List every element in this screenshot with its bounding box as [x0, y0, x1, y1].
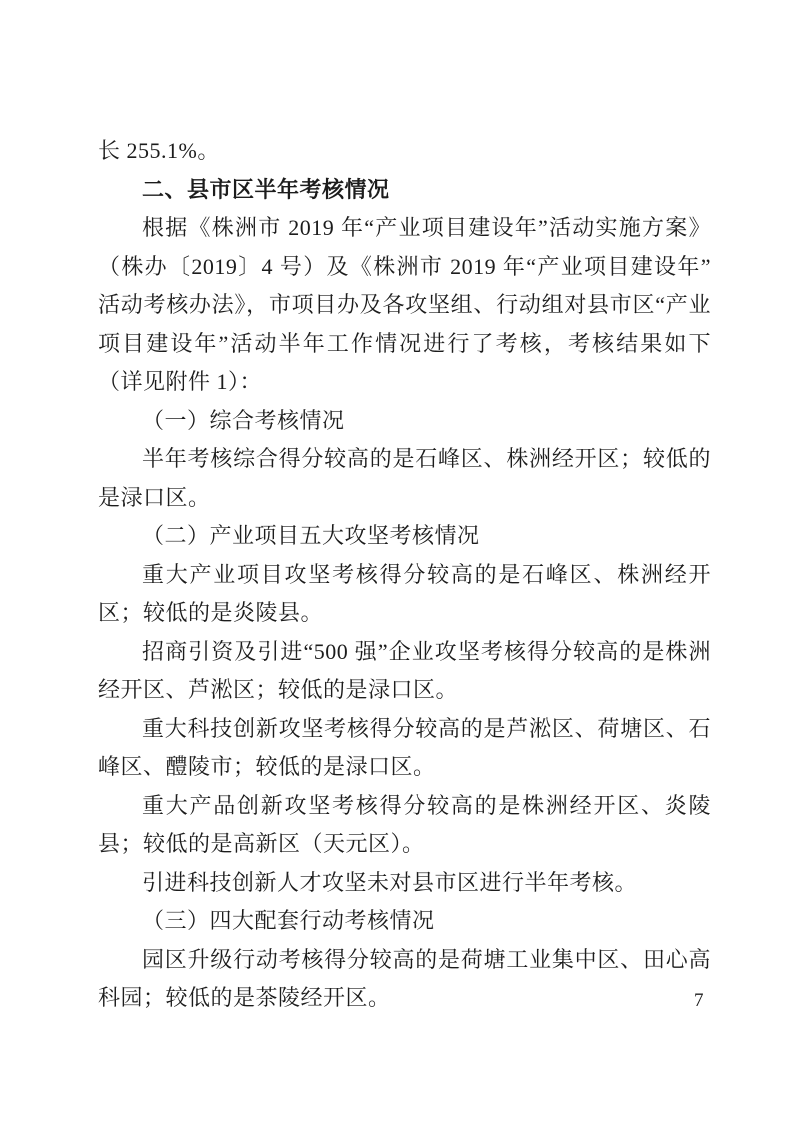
paragraph-investment-attraction: 招商引资及引进“500 强”企业攻坚考核得分较高的是株洲经开区、芦淞区；较低的是…	[98, 633, 711, 710]
sub-heading-five-major-campaigns: （二）产业项目五大攻坚考核情况	[98, 517, 711, 556]
paragraph-sci-tech-innovation: 重大科技创新攻坚考核得分较高的是芦淞区、荷塘区、石峰区、醴陵市；较低的是渌口区。	[98, 710, 711, 787]
document-page: 长 255.1%。 二、县市区半年考核情况 根据《株洲市 2019 年“产业项目…	[0, 0, 793, 1122]
paragraph-park-upgrade-action: 园区升级行动考核得分较高的是荷塘工业集中区、田心高科园；较低的是茶陵经开区。	[98, 941, 711, 1018]
paragraph-product-innovation: 重大产品创新攻坚考核得分较高的是株洲经开区、炎陵县；较低的是高新区（天元区）。	[98, 787, 711, 864]
paragraph-assessment-basis: 根据《株洲市 2019 年“产业项目建设年”活动实施方案》（株办〔2019〕4 …	[98, 209, 711, 402]
paragraph-talent-campaign: 引进科技创新人才攻坚未对县市区进行半年考核。	[98, 864, 711, 903]
sub-heading-comprehensive-assessment: （一）综合考核情况	[98, 402, 711, 441]
page-number: 7	[694, 989, 704, 1013]
section-heading-county-assessment: 二、县市区半年考核情况	[98, 171, 711, 210]
paragraph-growth-continuation: 长 255.1%。	[98, 132, 711, 171]
sub-heading-four-supporting-actions: （三）四大配套行动考核情况	[98, 902, 711, 941]
paragraph-comprehensive-scores: 半年考核综合得分较高的是石峰区、株洲经开区；较低的是渌口区。	[98, 440, 711, 517]
document-body: 长 255.1%。 二、县市区半年考核情况 根据《株洲市 2019 年“产业项目…	[98, 132, 711, 1018]
paragraph-major-industry-projects: 重大产业项目攻坚考核得分较高的是石峰区、株洲经开区；较低的是炎陵县。	[98, 556, 711, 633]
